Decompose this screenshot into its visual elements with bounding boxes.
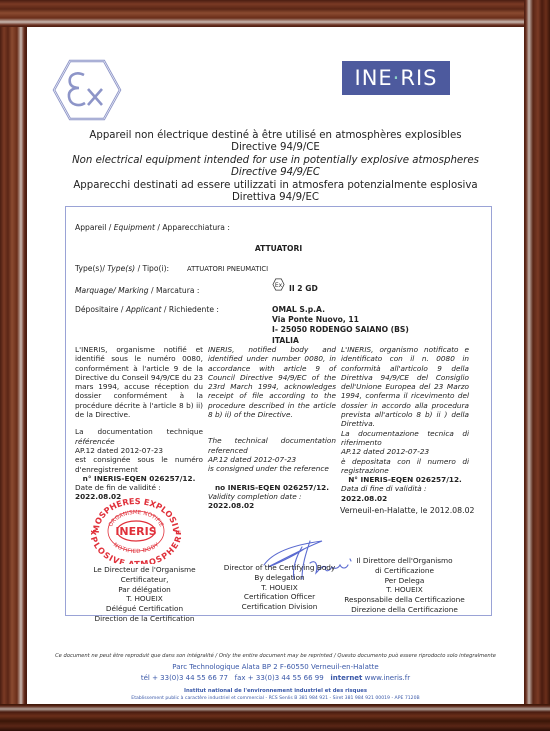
en-declaration: INERIS, notified body and identified und… xyxy=(208,345,336,419)
fr-reference: n° INERIS-EQEN 026257/12. xyxy=(75,474,203,483)
logo-text-suffix: RIS xyxy=(400,66,437,90)
types-label: Type(s)/ Type(s) / Tipo(i): xyxy=(75,264,169,273)
signature-block-it: Il Direttore dell'Organismo di Certifica… xyxy=(337,556,472,615)
footer-website: www.ineris.fr xyxy=(365,674,410,682)
signature-block-fr: Le Directeur de l'Organisme Certificateu… xyxy=(72,565,217,624)
footer-address: Parc Technologique Alata BP 2 F-60550 Ve… xyxy=(27,663,524,671)
ex-mark-icon: Ex xyxy=(272,278,285,291)
directive-fr: Directive 94/9/CE xyxy=(27,142,524,154)
signatory-name-fr: T. HOUEIX xyxy=(72,594,217,604)
applicant-label: Dépositaire / Applicant / Richiedente : xyxy=(75,305,219,314)
signatory-name-it: T. HOUEIX xyxy=(337,585,472,595)
signature-block-en: Director of the Certifying Body By deleg… xyxy=(222,563,337,612)
footer-fax: fax + 33(0)3 44 55 66 99 xyxy=(235,674,324,682)
svg-text:Ex: Ex xyxy=(275,282,283,289)
marking-value: II 2 GD xyxy=(289,284,318,293)
column-it: L'INERIS, organismo notificato e identif… xyxy=(341,345,469,503)
column-en: INERIS, notified body and identified und… xyxy=(208,345,336,510)
place-date: Verneuil-en-Halatte, le 2012.08.02 xyxy=(340,506,475,515)
logo-dot: · xyxy=(393,66,401,90)
en-reference: no INERIS-EQEN 026257/12. xyxy=(208,483,336,492)
applicant-city: I- 25050 RODENGO SAIANO (BS) xyxy=(272,325,409,335)
equipment-value: ATTUATORI xyxy=(65,244,492,253)
fr-declaration: L'INERIS, organisme notifié et identifié… xyxy=(75,345,203,419)
it-declaration: L'INERIS, organismo notificato e identif… xyxy=(341,345,469,429)
svg-text:NOTIFIED BODY: NOTIFIED BODY xyxy=(112,542,161,555)
ineris-logo: INE·RIS xyxy=(342,61,450,95)
column-fr: L'INERIS, organisme notifié et identifié… xyxy=(75,345,203,502)
it-validity-date: 2022.08.02 xyxy=(341,494,469,503)
reproduction-notice: Ce document ne peut être reproduit que d… xyxy=(27,653,524,659)
picture-frame-right xyxy=(524,0,550,731)
applicant-name: OMAL S.p.A. xyxy=(272,305,409,315)
types-value: ATTUATORI PNEUMATICI xyxy=(187,265,268,273)
certificate-page: INE·RIS Appareil non électrique destiné … xyxy=(27,27,524,704)
ex-hexagon-icon xyxy=(52,59,122,121)
picture-frame-top xyxy=(0,0,550,27)
it-reference: N° INERIS-EQEN 026257/12. xyxy=(341,475,469,484)
applicant-street: Via Ponte Nuovo, 11 xyxy=(272,315,409,325)
title-it: Apparecchi destinati ad essere utilizzat… xyxy=(27,180,524,192)
footer-institute: Institut national de l'environnement ind… xyxy=(27,688,524,694)
applicant-address: OMAL S.p.A. Via Ponte Nuovo, 11 I- 25050… xyxy=(272,305,409,346)
title-fr: Appareil non électrique destiné à être u… xyxy=(27,130,524,142)
marking-label: Marquage/ Marking / Marcatura : xyxy=(75,286,199,295)
equipment-label: Appareil / Equipment / Apparecchiatura : xyxy=(75,223,230,232)
signatory-name-en: T. HOUEIX xyxy=(222,583,337,593)
title-en: Non electrical equipment intended for us… xyxy=(27,155,524,167)
logo-text-prefix: INE xyxy=(355,66,393,90)
certificate-titles: Appareil non électrique destiné à être u… xyxy=(27,130,524,204)
svg-text:INERIS: INERIS xyxy=(115,525,156,538)
ineris-notified-body-stamp: ATMOSPHERES EXPLOSIVES ORGANISME NOTIFIE… xyxy=(91,498,181,564)
directive-it: Direttiva 94/9/EC xyxy=(27,192,524,204)
picture-frame-bottom xyxy=(0,704,550,731)
en-validity-date: 2022.08.02 xyxy=(208,501,336,510)
directive-en: Directive 94/9/EC xyxy=(27,167,524,179)
footer-tel: tél + 33(0)3 44 55 66 77 xyxy=(141,674,228,682)
footer-contacts: tél + 33(0)3 44 55 66 77 fax + 33(0)3 44… xyxy=(27,674,524,682)
footer-legal: Etablissement public à caractère industr… xyxy=(27,696,524,701)
